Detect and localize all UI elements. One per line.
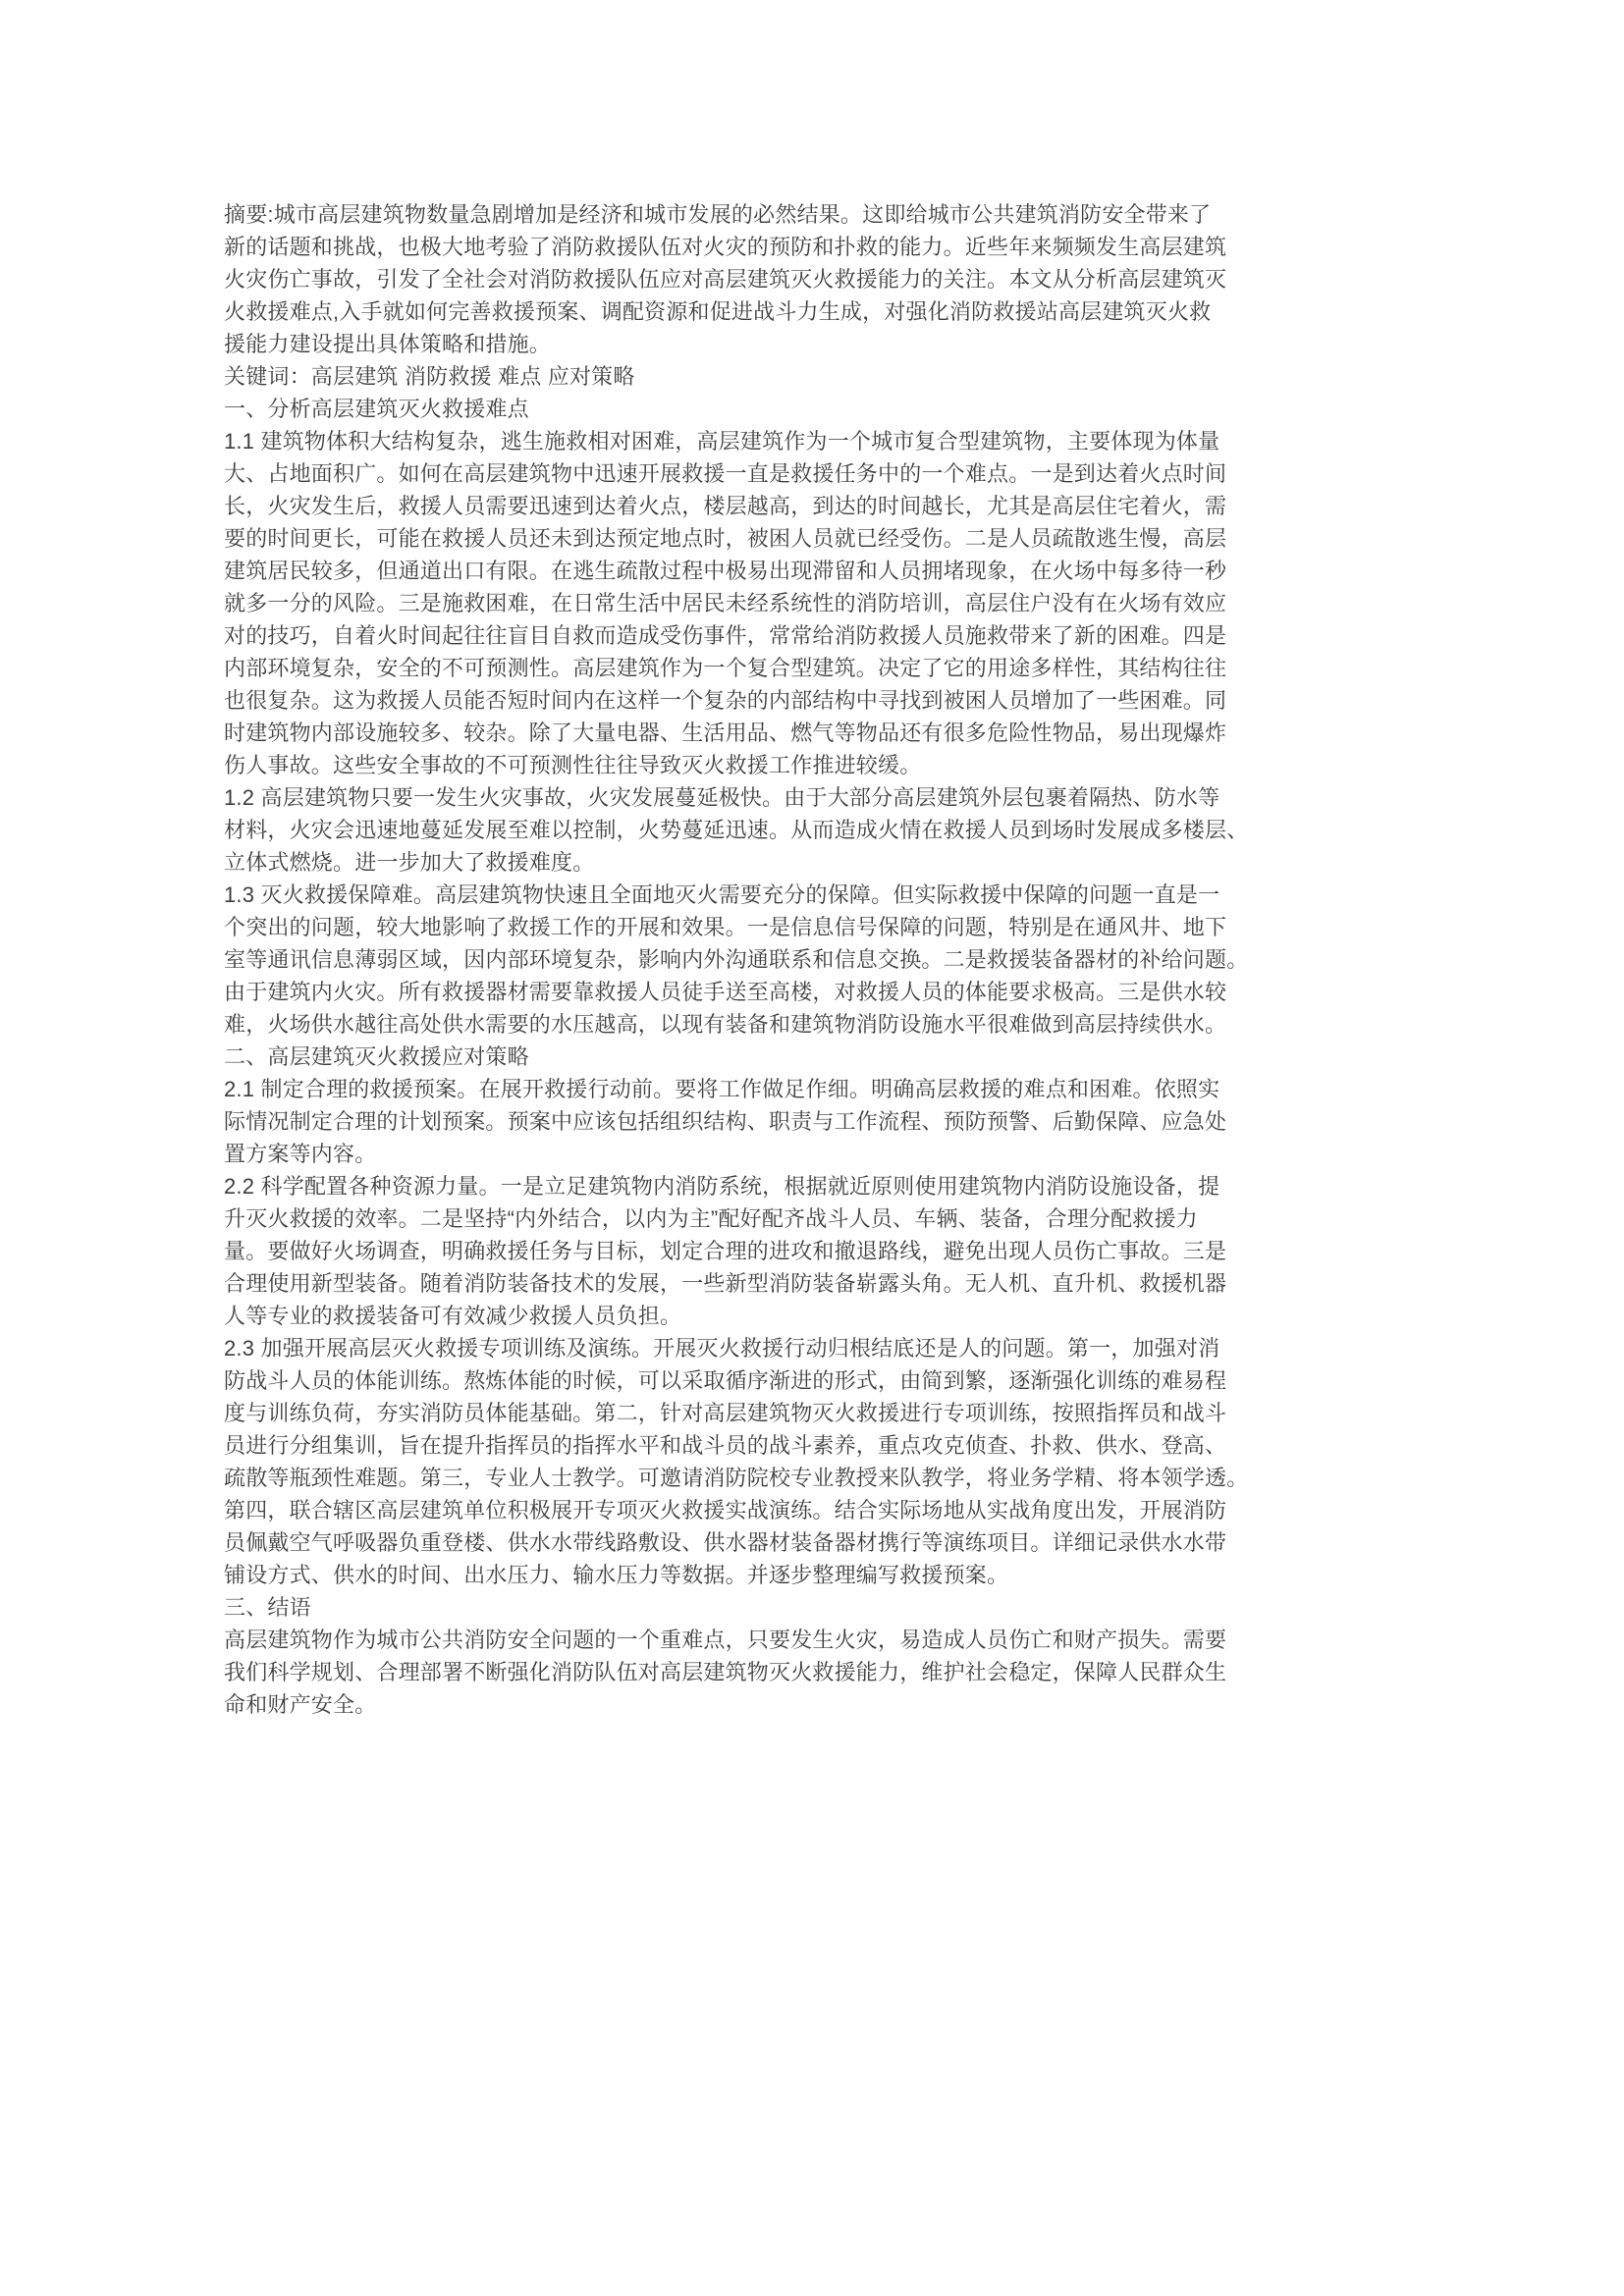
- text-line: 高层建筑物作为城市公共消防安全问题的一个重难点，只要发生火灾，易造成人员伤亡和财…: [224, 1624, 1477, 1656]
- text-line: 1.3 灭火救援保障难。高层建筑物快速且全面地灭火需要充分的保障。但实际救援中保…: [224, 879, 1477, 911]
- paragraph-heading-2: 二、高层建筑灭火救援应对策略: [224, 1041, 1477, 1073]
- paragraph-section-1-1: 1.1 建筑物体积大结构复杂，逃生施救相对困难，高层建筑作为一个城市复合型建筑物…: [224, 425, 1477, 781]
- text-line: 第四，联合辖区高层建筑单位积极展开专项灭火救援实战演练。结合实际场地从实战角度出…: [224, 1494, 1477, 1526]
- text-line: 大、占地面积广。如何在高层建筑物中迅速开展救援一直是救援任务中的一个难点。一是到…: [224, 457, 1477, 490]
- text-line: 建筑居民较多，但通道出口有限。在逃生疏散过程中极易出现滞留和人员拥堵现象，在火场…: [224, 555, 1477, 587]
- paragraph-heading-3: 三、结语: [224, 1591, 1477, 1624]
- text-line: 伤人事故。这些安全事故的不可预测性往往导致灭火救援工作推进较缓。: [224, 749, 1477, 781]
- text-line: 就多一分的风险。三是施救困难，在日常生活中居民未经系统性的消防培训，高层住户没有…: [224, 587, 1477, 619]
- text-line: 员佩戴空气呼吸器负重登楼、供水水带线路敷设、供水器材装备器材携行等演练项目。详细…: [224, 1526, 1477, 1559]
- text-line: 一、分析高层建筑灭火救援难点: [224, 393, 1477, 425]
- text-line: 际情况制定合理的计划预案。预案中应该包括组织结构、职责与工作流程、预防预警、后勤…: [224, 1105, 1477, 1138]
- text-line: 1.2 高层建筑物只要一发生火灾事故，火灾发展蔓延极快。由于大部分高层建筑外层包…: [224, 781, 1477, 814]
- text-line: 二、高层建筑灭火救援应对策略: [224, 1041, 1477, 1073]
- text-line: 防战斗人员的体能训练。熬炼体能的时候，可以采取循序渐进的形式，由简到繁，逐渐强化…: [224, 1364, 1477, 1397]
- text-line: 时建筑物内部设施较多、较杂。除了大量电器、生活用品、燃气等物品还有很多危险性物品…: [224, 717, 1477, 749]
- text-line: 也很复杂。这为救援人员能否短时间内在这样一个复杂的内部结构中寻找到被困人员增加了…: [224, 684, 1477, 717]
- text-line: 室等通讯信息薄弱区域，因内部环境复杂，影响内外沟通联系和信息交换。二是救援装备器…: [224, 943, 1477, 976]
- text-line: 我们科学规划、合理部署不断强化消防队伍对高层建筑物灭火救援能力，维护社会稳定，保…: [224, 1656, 1477, 1688]
- text-line: 材料，火灾会迅速地蔓延发展至难以控制，火势蔓延迅速。从而造成火情在救援人员到场时…: [224, 814, 1477, 846]
- text-line: 度与训练负荷，夯实消防员体能基础。第二，针对高层建筑物灭火救援进行专项训练，按照…: [224, 1397, 1477, 1429]
- paragraph-section-1-2: 1.2 高层建筑物只要一发生火灾事故，火灾发展蔓延极快。由于大部分高层建筑外层包…: [224, 781, 1477, 879]
- paragraph-abstract: 摘要:城市高层建筑物数量急剧增加是经济和城市发展的必然结果。这即给城市公共建筑消…: [224, 198, 1477, 360]
- text-line: 火灾伤亡事故，引发了全社会对消防救援队伍应对高层建筑灭火救援能力的关注。本文从分…: [224, 263, 1477, 295]
- text-line: 难，火场供水越往高处供水需要的水压越高，以现有装备和建筑物消防设施水平很难做到高…: [224, 1008, 1477, 1041]
- text-line: 关键词：高层建筑 消防救援 难点 应对策略: [224, 360, 1477, 393]
- paragraph-section-1-3: 1.3 灭火救援保障难。高层建筑物快速且全面地灭火需要充分的保障。但实际救援中保…: [224, 879, 1477, 1041]
- text-line: 火救援难点,入手就如何完善救援预案、调配资源和促进战斗力生成，对强化消防救援站高…: [224, 295, 1477, 328]
- text-line: 命和财产安全。: [224, 1688, 1477, 1721]
- text-line: 立体式燃烧。进一步加大了救援难度。: [224, 846, 1477, 879]
- paragraph-section-2-3: 2.3 加强开展高层灭火救援专项训练及演练。开展灭火救援行动归根结底还是人的问题…: [224, 1332, 1477, 1591]
- text-line: 要的时间更长，可能在救援人员还未到达预定地点时，被困人员就已经受伤。二是人员疏散…: [224, 522, 1477, 555]
- paragraph-heading-1: 一、分析高层建筑灭火救援难点: [224, 393, 1477, 425]
- text-line: 个突出的问题，较大地影响了救援工作的开展和效果。一是信息信号保障的问题，特别是在…: [224, 911, 1477, 943]
- text-line: 新的话题和挑战，也极大地考验了消防救援队伍对火灾的预防和扑救的能力。近些年来频频…: [224, 231, 1477, 263]
- text-line: 量。要做好火场调查，明确救援任务与目标，划定合理的进攻和撤退路线，避免出现人员伤…: [224, 1235, 1477, 1267]
- paragraph-section-2-2: 2.2 科学配置各种资源力量。一是立足建筑物内消防系统，根据就近原则使用建筑物内…: [224, 1170, 1477, 1332]
- text-line: 合理使用新型装备。随着消防装备技术的发展，一些新型消防装备崭露头角。无人机、直升…: [224, 1267, 1477, 1300]
- document-page: 摘要:城市高层建筑物数量急剧增加是经济和城市发展的必然结果。这即给城市公共建筑消…: [0, 0, 1624, 2296]
- text-line: 人等专业的救援装备可有效减少救援人员负担。: [224, 1300, 1477, 1332]
- text-line: 升灭火救援的效率。二是坚持“内外结合，以内为主”配好配齐战斗人员、车辆、装备，合…: [224, 1202, 1477, 1235]
- text-line: 摘要:城市高层建筑物数量急剧增加是经济和城市发展的必然结果。这即给城市公共建筑消…: [224, 198, 1477, 231]
- text-line: 长，火灾发生后，救援人员需要迅速到达着火点，楼层越高，到达的时间越长，尤其是高层…: [224, 490, 1477, 522]
- paragraph-keywords: 关键词：高层建筑 消防救援 难点 应对策略: [224, 360, 1477, 393]
- text-line: 援能力建设提出具体策略和措施。: [224, 328, 1477, 360]
- text-line: 三、结语: [224, 1591, 1477, 1624]
- text-line: 内部环境复杂，安全的不可预测性。高层建筑作为一个复合型建筑。决定了它的用途多样性…: [224, 652, 1477, 684]
- text-line: 置方案等内容。: [224, 1138, 1477, 1170]
- text-line: 2.1 制定合理的救援预案。在展开救援行动前。要将工作做足作细。明确高层救援的难…: [224, 1073, 1477, 1105]
- text-line: 铺设方式、供水的时间、出水压力、输水压力等数据。并逐步整理编写救援预案。: [224, 1559, 1477, 1591]
- text-line: 1.1 建筑物体积大结构复杂，逃生施救相对困难，高层建筑作为一个城市复合型建筑物…: [224, 425, 1477, 457]
- text-line: 2.2 科学配置各种资源力量。一是立足建筑物内消防系统，根据就近原则使用建筑物内…: [224, 1170, 1477, 1202]
- text-line: 对的技巧，自着火时间起往往盲目自救而造成受伤事件，常常给消防救援人员施救带来了新…: [224, 619, 1477, 652]
- text-line: 由于建筑内火灾。所有救援器材需要靠救援人员徒手送至高楼，对救援人员的体能要求极高…: [224, 976, 1477, 1008]
- document-body: 摘要:城市高层建筑物数量急剧增加是经济和城市发展的必然结果。这即给城市公共建筑消…: [224, 198, 1477, 1721]
- text-line: 疏散等瓶颈性难题。第三，专业人士教学。可邀请消防院校专业教授来队教学，将业务学精…: [224, 1462, 1477, 1494]
- paragraph-conclusion: 高层建筑物作为城市公共消防安全问题的一个重难点，只要发生火灾，易造成人员伤亡和财…: [224, 1624, 1477, 1721]
- text-line: 员进行分组集训，旨在提升指挥员的指挥水平和战斗员的战斗素养，重点攻克侦查、扑救、…: [224, 1429, 1477, 1462]
- text-line: 2.3 加强开展高层灭火救援专项训练及演练。开展灭火救援行动归根结底还是人的问题…: [224, 1332, 1477, 1364]
- paragraph-section-2-1: 2.1 制定合理的救援预案。在展开救援行动前。要将工作做足作细。明确高层救援的难…: [224, 1073, 1477, 1170]
